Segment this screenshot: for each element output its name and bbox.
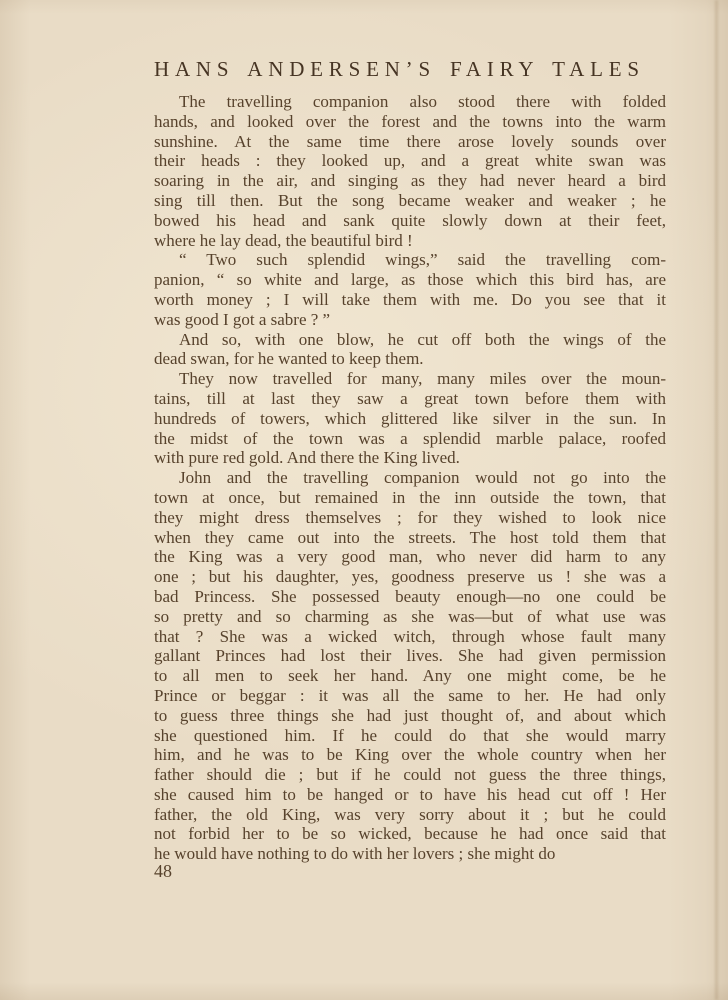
book-page: HANS ANDERSEN’S FAIRY TALES The travelli… [0, 0, 728, 1000]
text-line: “ Two such splendid wings,” said the tra… [154, 250, 666, 270]
text-line: the King was a very good man, who never … [154, 547, 666, 567]
page-number: 48 [154, 861, 172, 881]
text-line: with pure red gold. And there the King l… [154, 448, 666, 468]
text-line: where he lay dead, the beautiful bird ! [154, 231, 666, 251]
text-line: hands, and looked over the forest and th… [154, 112, 666, 132]
text-line: gallant Princes had lost their lives. Sh… [154, 646, 666, 666]
text-line: she caused him to be hanged or to have h… [154, 785, 666, 805]
text-line: him, and he was to be King over the whol… [154, 745, 666, 765]
text-line: worth money ; I will take them with me. … [154, 290, 666, 310]
text-line: so pretty and so charming as she was—but… [154, 607, 666, 627]
text-line: that ? She was a wicked witch, through w… [154, 627, 666, 647]
text-line: the midst of the town was a splendid mar… [154, 429, 666, 449]
text-line: when they came out into the streets. The… [154, 528, 666, 548]
text-line: he would have nothing to do with her lov… [154, 844, 666, 864]
text-line: dead swan, for he wanted to keep them. [154, 349, 666, 369]
text-line: was good I got a sabre ? ” [154, 310, 666, 330]
text-line: to all men to seek her hand. Any one mig… [154, 666, 666, 686]
text-line: to guess three things she had just thoug… [154, 706, 666, 726]
text-line: They now travelled for many, many miles … [154, 369, 666, 389]
text-line: bowed his head and sank quite slowly dow… [154, 211, 666, 231]
text-line: father, the old King, was very sorry abo… [154, 805, 666, 825]
text-line: bad Princess. She possessed beauty enoug… [154, 587, 666, 607]
text-line: John and the travelling companion would … [154, 468, 666, 488]
text-line: father should die ; but if he could not … [154, 765, 666, 785]
text-line: hundreds of towers, which glittered like… [154, 409, 666, 429]
text-line: sunshine. At the same time there arose l… [154, 132, 666, 152]
text-line: The travelling companion also stood ther… [154, 92, 666, 112]
text-line: Prince or beggar : it was all the same t… [154, 686, 666, 706]
text-line: tains, till at last they saw a great tow… [154, 389, 666, 409]
text-line: she questioned him. If he could do that … [154, 726, 666, 746]
page-edge-crease [715, 0, 718, 1000]
text-line: their heads : they looked up, and a grea… [154, 151, 666, 171]
text-line: town at once, but remained in the inn ou… [154, 488, 666, 508]
text-line: they might dress themselves ; for they w… [154, 508, 666, 528]
text-line: sing till then. But the song became weak… [154, 191, 666, 211]
text-block: The travelling companion also stood ther… [154, 92, 666, 864]
text-line: soaring in the air, and singing as they … [154, 171, 666, 191]
running-head: HANS ANDERSEN’S FAIRY TALES [154, 57, 674, 82]
text-line: panion, “ so white and large, as those w… [154, 270, 666, 290]
text-line: And so, with one blow, he cut off both t… [154, 330, 666, 350]
text-line: not forbid her to be so wicked, because … [154, 824, 666, 844]
text-line: one ; but his daughter, yes, goodness pr… [154, 567, 666, 587]
